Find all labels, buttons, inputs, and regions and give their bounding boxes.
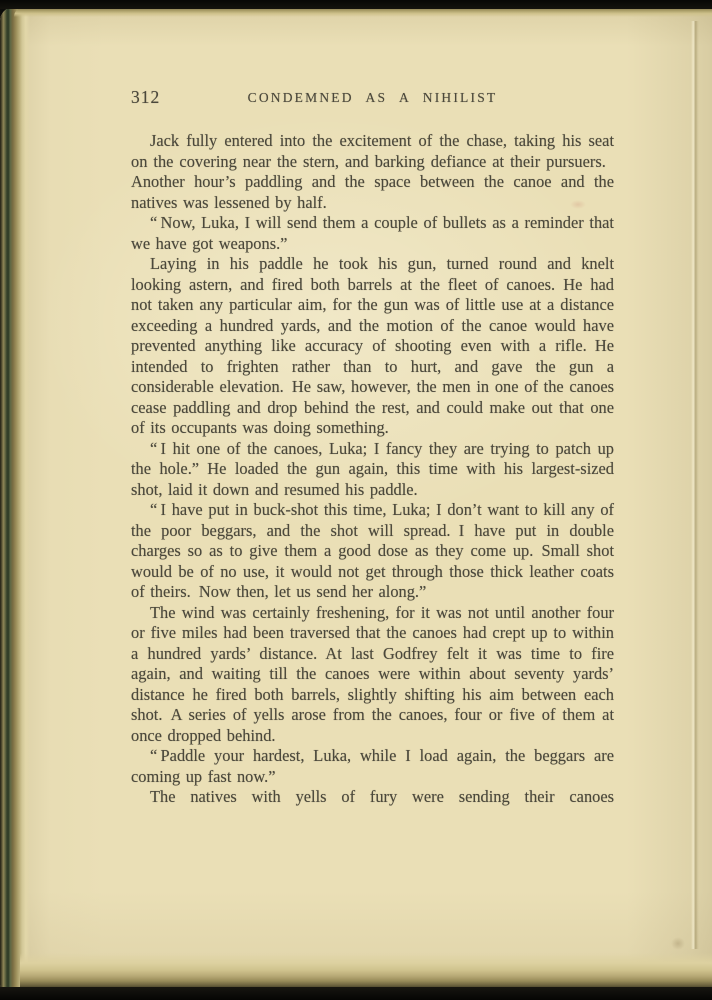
page-fore-edge-crease [691, 21, 699, 949]
body-paragraph: “ I have put in buck-shot this time, Luk… [131, 500, 614, 603]
binding-gutter-edge [0, 7, 30, 989]
running-header: CONDEMNED AS A NIHILIST [131, 90, 614, 106]
page-body: Jack fully entered into the excitement o… [131, 131, 614, 808]
book-page-scan: 312 CONDEMNED AS A NIHILIST Jack fully e… [0, 0, 712, 1000]
scan-bottom-black-edge [0, 987, 712, 1000]
body-paragraph: Laying in his paddle he took his gun, tu… [131, 254, 614, 439]
book-page: 312 CONDEMNED AS A NIHILIST Jack fully e… [0, 7, 712, 989]
body-paragraph: “ Now, Luka, I will send them a couple o… [131, 213, 614, 254]
scan-top-black-edge [0, 0, 712, 9]
body-paragraph: Jack fully entered into the excitement o… [131, 131, 614, 213]
page-bottom-stack-edges [20, 953, 712, 989]
body-paragraph: “ Paddle your hardest, Luka, while I loa… [131, 746, 614, 787]
printed-content: 312 CONDEMNED AS A NIHILIST Jack fully e… [131, 87, 614, 808]
scan-blemish [671, 937, 685, 950]
page-header: 312 CONDEMNED AS A NIHILIST [131, 87, 614, 131]
body-paragraph: “ I hit one of the canoes, Luka; I fancy… [131, 439, 614, 501]
body-paragraph: The wind was certainly freshening, for i… [131, 603, 614, 747]
body-paragraph: The natives with yells of fury were send… [131, 787, 614, 808]
